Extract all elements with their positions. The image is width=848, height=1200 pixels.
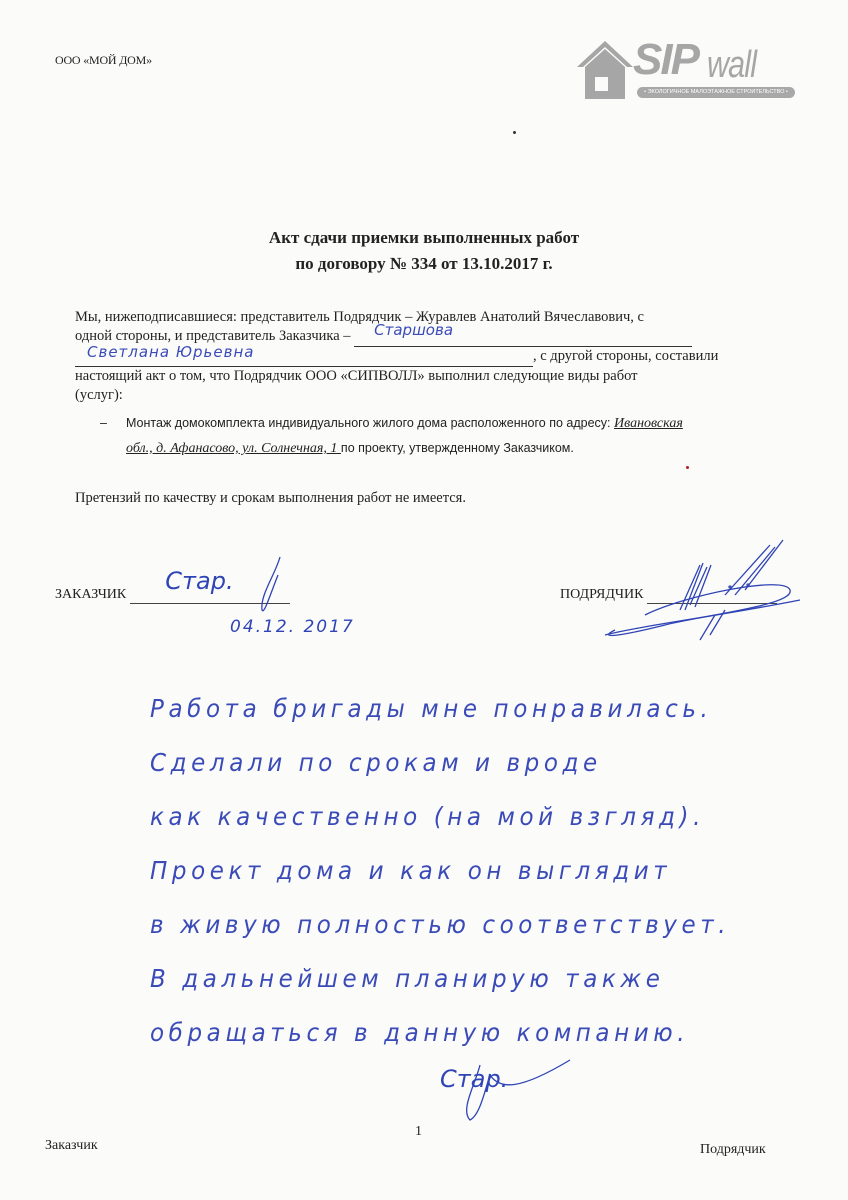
- title-line-1: Акт сдачи приемки выполненных работ: [0, 225, 848, 251]
- customer-signature: Стар.: [165, 567, 233, 595]
- customer-surname-field: Старшова: [354, 327, 692, 347]
- customer-label: ЗАКАЗЧИК: [55, 587, 126, 602]
- work-address: обл., д. Афанасово, ул. Солнечная, 1: [126, 441, 341, 456]
- review-line: Работа бригады мне понравилась.: [150, 682, 739, 736]
- works-list-item: – Монтаж домокомплекта индивидуального ж…: [100, 411, 800, 461]
- title-line-2: по договору № 334 от 13.10.2017 г.: [0, 251, 848, 277]
- intro-line-5: (услуг):: [75, 386, 795, 405]
- document-title: Акт сдачи приемки выполненных работ по д…: [0, 225, 848, 277]
- list-dash: –: [100, 411, 107, 435]
- signature-stroke: [250, 555, 290, 615]
- customer-name-handwritten: Светлана Юрьевна: [87, 343, 254, 362]
- contractor-signature: [585, 535, 815, 645]
- intro-text: одной стороны, и представитель Заказчика…: [75, 328, 351, 344]
- customer-surname-handwritten: Старшова: [374, 321, 453, 340]
- intro-paragraph: Мы, нижеподписавшиеся: представитель Под…: [75, 308, 795, 405]
- intro-text: , с другой стороны, составили: [533, 348, 718, 364]
- review-line: В дальнейшем планирую также: [150, 952, 739, 1006]
- customer-name-field: Светлана Юрьевна: [75, 347, 533, 367]
- review-line: как качественно (на мой взгляд).: [150, 790, 739, 844]
- page-number: 1: [415, 1124, 422, 1140]
- customer-review: Работа бригады мне понравилась. Сделали …: [150, 682, 790, 1060]
- scan-speck: [686, 466, 689, 469]
- customer-sign-date: 04.12. 2017: [230, 617, 355, 637]
- customer-signature-block: ЗАКАЗЧИК Стар.: [55, 585, 290, 604]
- claims-statement: Претензий по качеству и срокам выполнени…: [75, 490, 466, 507]
- company-name: ООО «МОЙ ДОМ»: [55, 53, 152, 68]
- review-line: Проект дома и как он выглядит: [150, 844, 739, 898]
- sipwall-logo: SIP wall • ЭКОЛОГИЧНОЕ МАЛОЭТАЖНОЕ СТРОИ…: [575, 35, 800, 105]
- review-line: Сделали по срокам и вроде: [150, 736, 739, 790]
- review-line: обращаться в данную компанию.: [150, 1006, 739, 1060]
- footer-customer-label: Заказчик: [45, 1138, 98, 1154]
- footer-contractor-label: Подрядчик: [700, 1142, 766, 1158]
- logo-brand-light: wall: [707, 45, 756, 85]
- logo-brand-bold: SIP: [633, 35, 698, 85]
- work-text: Монтаж домокомплекта индивидуального жил…: [126, 416, 614, 430]
- work-text: по проекту, утвержденному Заказчиком.: [341, 441, 574, 455]
- intro-line-4: настоящий акт о том, что Подрядчик ООО «…: [75, 367, 795, 386]
- work-address: Ивановская: [614, 416, 683, 431]
- review-signature-stroke: [460, 1055, 580, 1135]
- logo-tagline: • ЭКОЛОГИЧНОЕ МАЛОЭТАЖНОЕ СТРОИТЕЛЬСТВО …: [637, 87, 795, 98]
- intro-line-3: Светлана Юрьевна , с другой стороны, сос…: [75, 347, 795, 367]
- work-description: Монтаж домокомплекта индивидуального жил…: [100, 411, 800, 461]
- review-line: в живую полностью соответствует.: [150, 898, 739, 952]
- house-icon: [575, 39, 635, 101]
- scan-speck: [513, 131, 516, 134]
